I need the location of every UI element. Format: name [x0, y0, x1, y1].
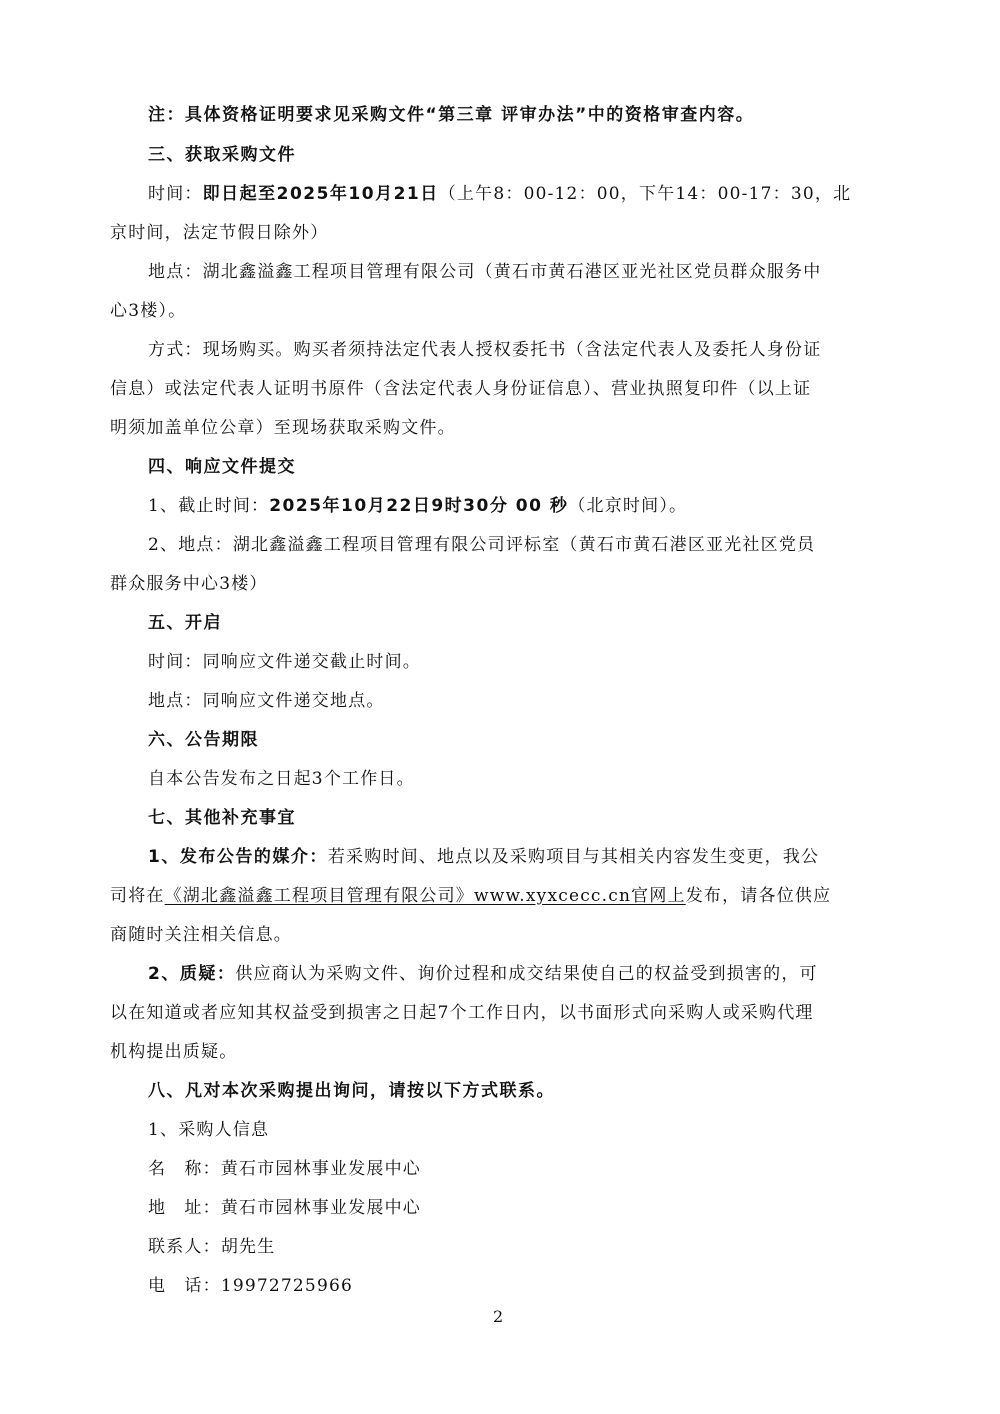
- item-1-text: 若采购时间、地点以及采购项目与其相关内容发生变更，我公: [328, 847, 819, 867]
- deadline-bold: 2025年10月22日9时30分 00 秒: [269, 496, 568, 516]
- phone-value: 19972725966: [221, 1276, 353, 1296]
- section-3-time-line-1: 时间：即日起至2025年10月21日（上午8：00-12：00，下午14：00-…: [148, 182, 851, 206]
- note-text: 具体资格证明要求见采购文件“第三章 评审办法”中的资格审查内容。: [185, 105, 754, 125]
- time-label: 时间：: [148, 184, 203, 204]
- section-8-heading: 八、凡对本次采购提出询问，请按以下方式联系。: [148, 1079, 555, 1103]
- purchaser-address: 地 址：黄石市园林事业发展中心: [148, 1196, 421, 1220]
- section-7-item-1-line-3: 商随时关注相关信息。: [110, 923, 292, 947]
- section-4-place-line-1: 2、地点：湖北鑫溢鑫工程项目管理有限公司评标室（黄石市黄石港区亚光社区党员: [148, 533, 815, 557]
- section-3-time-line-2: 京时间，法定节假日除外）: [110, 221, 328, 245]
- section-7-item-2-line-2: 以在知道或者应知其权益受到损害之日起7个工作日内，以书面形式向采购人或采购代理: [110, 1001, 814, 1025]
- section-6-text: 自本公告发布之日起3个工作日。: [148, 767, 415, 791]
- item-2-label: 2、质疑：: [148, 964, 235, 984]
- section-8-sub-1: 1、采购人信息: [148, 1118, 269, 1142]
- item-1-post: 发布，请各位供应: [686, 886, 832, 906]
- deadline-label: 1、截止时间：: [148, 496, 269, 516]
- page-number: 2: [493, 1306, 503, 1328]
- website-link[interactable]: 《湖北鑫溢鑫工程项目管理有限公司》www.xyxcecc.cn官网上: [165, 886, 686, 906]
- name-value: 黄石市园林事业发展中心: [221, 1159, 421, 1179]
- note-paragraph: 注：具体资格证明要求见采购文件“第三章 评审办法”中的资格审查内容。: [148, 103, 754, 127]
- section-3-method-line-3: 明须加盖单位公章）至现场获取采购文件。: [110, 416, 456, 440]
- section-7-item-2-line-3: 机构提出质疑。: [110, 1040, 237, 1064]
- section-4-heading: 四、响应文件提交: [148, 455, 296, 479]
- deadline-rest: （北京时间）。: [568, 496, 687, 516]
- note-label: 注：: [148, 105, 185, 125]
- section-7-item-1-line-1: 1、发布公告的媒介：若采购时间、地点以及采购项目与其相关内容发生变更，我公: [148, 845, 819, 869]
- section-7-heading: 七、其他补充事宜: [148, 806, 296, 830]
- section-3-place-line-1: 地点：湖北鑫溢鑫工程项目管理有限公司（黄石市黄石港区亚光社区党员群众服务中: [148, 260, 821, 284]
- section-3-method-line-1: 方式：现场购买。购买者须持法定代表人授权委托书（含法定代表人及委托人身份证: [148, 338, 821, 362]
- item-1-pre: 司将在: [110, 886, 165, 906]
- purchaser-name: 名 称：黄石市园林事业发展中心: [148, 1157, 421, 1181]
- section-7-item-2-line-1: 2、质疑：供应商认为采购文件、询价过程和成交结果使自己的权益受到损害的，可: [148, 962, 818, 986]
- purchaser-phone: 电 话：19972725966: [148, 1274, 353, 1298]
- section-5-heading: 五、开启: [148, 611, 222, 635]
- section-3-method-line-2: 信息）或法定代表人证明书原件（含法定代表人身份证信息）、营业执照复印件（以上证: [110, 377, 811, 401]
- contact-label: 联系人：: [148, 1237, 221, 1257]
- time-bold: 即日起至2025年10月21日: [203, 184, 439, 204]
- time-rest: （上午8：00-12：00，下午14：00-17：30，北: [439, 184, 852, 204]
- section-6-heading: 六、公告期限: [148, 728, 259, 752]
- address-value: 黄石市园林事业发展中心: [221, 1198, 421, 1218]
- document-page: 注：具体资格证明要求见采购文件“第三章 评审办法”中的资格审查内容。 三、获取采…: [110, 0, 890, 1414]
- section-4-deadline: 1、截止时间：2025年10月22日9时30分 00 秒（北京时间）。: [148, 494, 687, 518]
- section-7-item-1-line-2: 司将在《湖北鑫溢鑫工程项目管理有限公司》www.xyxcecc.cn官网上发布，…: [110, 884, 831, 908]
- section-3-heading: 三、获取采购文件: [148, 143, 296, 167]
- item-2-text: 供应商认为采购文件、询价过程和成交结果使自己的权益受到损害的，可: [235, 964, 817, 984]
- address-label: 地 址：: [148, 1198, 221, 1218]
- purchaser-contact: 联系人：胡先生: [148, 1235, 275, 1259]
- section-5-place: 地点：同响应文件递交地点。: [148, 689, 385, 713]
- section-4-place-line-2: 群众服务中心3楼）: [110, 572, 268, 596]
- name-label: 名 称：: [148, 1159, 221, 1179]
- section-3-place-line-2: 心3楼）。: [110, 299, 186, 323]
- item-1-label: 1、发布公告的媒介：: [148, 847, 328, 867]
- phone-label: 电 话：: [148, 1276, 221, 1296]
- contact-value: 胡先生: [221, 1237, 276, 1257]
- section-5-time: 时间：同响应文件递交截止时间。: [148, 650, 421, 674]
